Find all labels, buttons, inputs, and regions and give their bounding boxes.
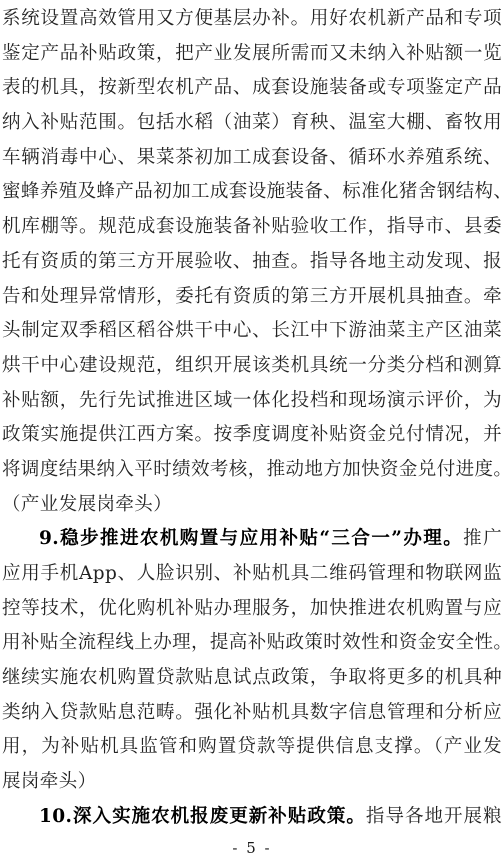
text-line: 车辆消毒中心、果菜茶初加工成套设备、循环水养殖系统、: [2, 141, 502, 176]
body-text: 应用手机App、人脸识别、补贴机具二维码管理和物联网监: [2, 563, 502, 584]
body-text: 用补贴全流程线上办理，提高补贴政策时效性和资金安全性。: [2, 632, 504, 653]
heading-line: 10.深入实施农机报废更新补贴政策。指导各地开展粮: [2, 800, 502, 835]
body-text: 继续实施农机购置贷款贴息试点政策，争取将更多的机具种: [2, 667, 502, 688]
body-text: 补贴额，先行先试推进区域一体化投档和现场演示评价，为: [2, 390, 502, 411]
section-heading-text: 10.深入实施农机报废更新补贴政策。: [39, 806, 366, 827]
text-line: 政策实施提供江西方案。按季度调度补贴资金兑付情况，并: [2, 418, 502, 453]
text-line: 纳入补贴范围。包括水稻（油菜）育秧、温室大棚、畜牧用: [2, 106, 502, 141]
body-text: 烘干中心建设规范，组织开展该类机具统一分类分档和测算: [2, 355, 502, 376]
body-text: 告和处理异常情形，委托有资质的第三方开展机具抽查。牵: [2, 286, 502, 307]
body-text: 控等技术，优化购机补贴办理服务，加快推进农机购置与应: [2, 598, 502, 619]
text-line: 托有资质的第三方开展验收、抽查。指导各地主动发现、报: [2, 245, 502, 280]
text-line: 头制定双季稻区稻谷烘干中心、长江中下游油菜主产区油菜: [2, 314, 502, 349]
text-line: 鉴定产品补贴政策，把产业发展所需而又未纳入补贴额一览: [2, 37, 502, 72]
text-line: 补贴额，先行先试推进区域一体化投档和现场演示评价，为: [2, 384, 502, 419]
body-text: 鉴定产品补贴政策，把产业发展所需而又未纳入补贴额一览: [2, 43, 502, 64]
body-text: 头制定双季稻区稻谷烘干中心、长江中下游油菜主产区油菜: [2, 320, 502, 341]
document-page: 系统设置高效管用又方便基层办补。用好农机新产品和专项鉴定产品补贴政策，把产业发展…: [0, 0, 504, 864]
text-line: 系统设置高效管用又方便基层办补。用好农机新产品和专项: [2, 2, 502, 37]
text-line: 机库棚等。规范成套设施装备补贴验收工作，指导市、县委: [2, 210, 502, 245]
heading-line: 9.稳步推进农机购置与应用补贴“三合一”办理。推广: [2, 522, 502, 557]
body-text: 指导各地开展粮: [366, 806, 502, 827]
section-heading-text: 9.稳步推进农机购置与应用补贴“三合一”办理。: [39, 528, 463, 549]
text-line: 蜜蜂养殖及蜂产品初加工成套设施装备、标准化猪舍钢结构、: [2, 175, 502, 210]
text-line: 应用手机App、人脸识别、补贴机具二维码管理和物联网监: [2, 557, 502, 592]
text-line: 控等技术，优化购机补贴办理服务，加快推进农机购置与应: [2, 592, 502, 627]
text-line: 继续实施农机购置贷款贴息试点政策，争取将更多的机具种: [2, 661, 502, 696]
body-text: 蜜蜂养殖及蜂产品初加工成套设施装备、标准化猪舍钢结构、: [2, 181, 504, 202]
page-footer: - 5 -: [0, 838, 504, 858]
text-line: 将调度结果纳入平时绩效考核，推动地方加快资金兑付进度。: [2, 453, 502, 488]
body-text: 用，为补贴机具监管和购置贷款等提供信息支撑。（产业发: [2, 736, 502, 757]
body-text: 将调度结果纳入平时绩效考核，推动地方加快资金兑付进度。: [2, 459, 504, 480]
body-text: 展岗牵头）: [2, 771, 97, 792]
body-text: 表的机具，按新型农机产品、成套设施装备或专项鉴定产品: [2, 77, 502, 98]
text-line: 用，为补贴机具监管和购置贷款等提供信息支撑。（产业发: [2, 730, 502, 765]
text-line: 类纳入贷款贴息范畴。强化补贴机具数字信息管理和分析应: [2, 696, 502, 731]
body-text: 托有资质的第三方开展验收、抽查。指导各地主动发现、报: [2, 251, 502, 272]
text-line: （产业发展岗牵头）: [2, 488, 502, 523]
body-text: 推广: [463, 528, 502, 549]
document-body: 系统设置高效管用又方便基层办补。用好农机新产品和专项鉴定产品补贴政策，把产业发展…: [2, 2, 502, 835]
page-number: - 5 -: [232, 839, 271, 857]
text-line: 烘干中心建设规范，组织开展该类机具统一分类分档和测算: [2, 349, 502, 384]
body-text: 政策实施提供江西方案。按季度调度补贴资金兑付情况，并: [2, 424, 502, 445]
body-text: （产业发展岗牵头）: [2, 494, 172, 515]
text-line: 用补贴全流程线上办理，提高补贴政策时效性和资金安全性。: [2, 626, 502, 661]
text-line: 表的机具，按新型农机产品、成套设施装备或专项鉴定产品: [2, 71, 502, 106]
body-text: 机库棚等。规范成套设施装备补贴验收工作，指导市、县委: [2, 216, 502, 237]
text-line: 告和处理异常情形，委托有资质的第三方开展机具抽查。牵: [2, 280, 502, 315]
text-line: 展岗牵头）: [2, 765, 502, 800]
body-text: 车辆消毒中心、果菜茶初加工成套设备、循环水养殖系统、: [2, 147, 502, 168]
body-text: 纳入补贴范围。包括水稻（油菜）育秧、温室大棚、畜牧用: [2, 112, 502, 133]
body-text: 系统设置高效管用又方便基层办补。用好农机新产品和专项: [2, 8, 502, 29]
body-text: 类纳入贷款贴息范畴。强化补贴机具数字信息管理和分析应: [2, 702, 502, 723]
